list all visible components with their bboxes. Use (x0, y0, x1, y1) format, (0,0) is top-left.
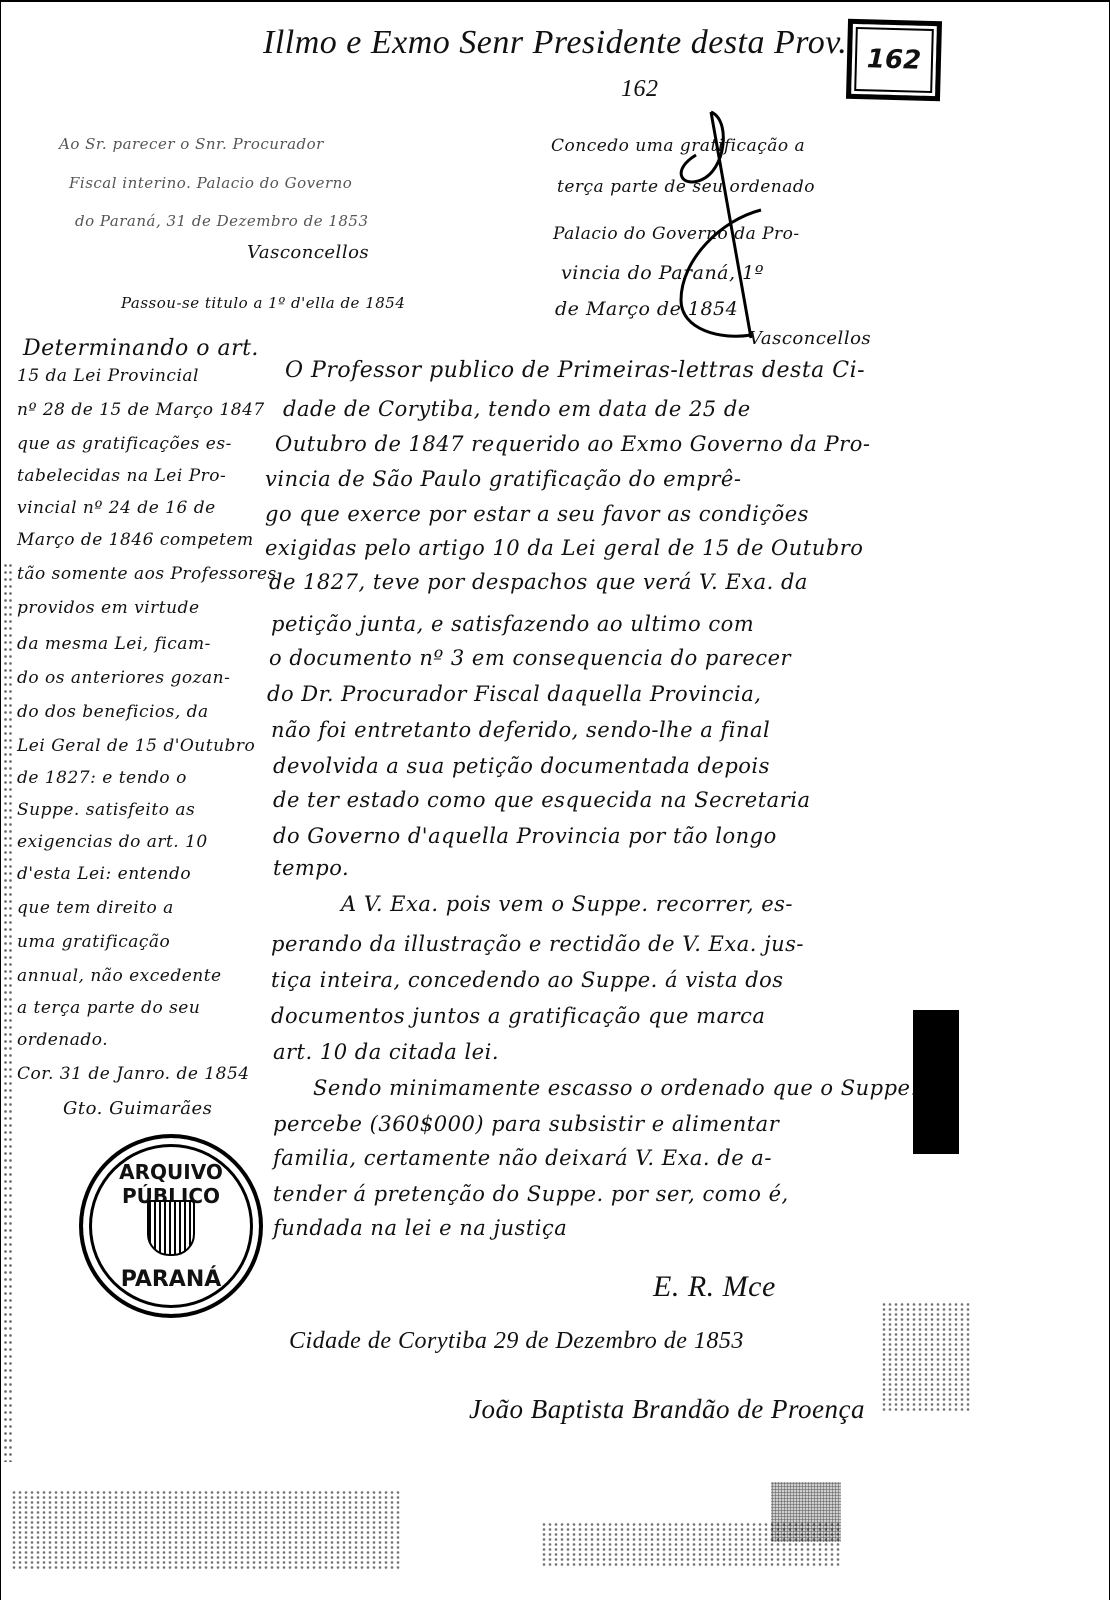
closing-formula: E. R. Mce (653, 1270, 776, 1304)
petition-line: percebe (360$000) para subsistir e alime… (273, 1112, 779, 1136)
dispatch-line: terça parte de seu ordenado (557, 177, 815, 197)
paper-damage (771, 1482, 841, 1542)
dispatch-line: Ao Sr. parecer o Snr. Procurador (59, 135, 324, 153)
opinion-line: a terça parte do seu (17, 998, 200, 1018)
dispatch-signature: Vasconcellos (749, 328, 871, 349)
opinion-line: uma gratificação (17, 932, 170, 952)
opinion-line: que as gratificações es- (17, 434, 232, 454)
opinion-line: Lei Geral de 15 d'Outubro (17, 736, 255, 756)
document-page: Illmo e Exmo Senr Presidente desta Prov.… (0, 0, 1110, 1600)
petition-line: familia, certamente não deixará V. Exa. … (273, 1146, 772, 1170)
page-edge-wear (3, 562, 13, 1462)
petition-line: exigidas pelo artigo 10 da Lei geral de … (265, 536, 863, 560)
opinion-line: nº 28 de 15 de Março 1847 (17, 400, 265, 420)
petition-line: vincia de São Paulo gratificação do empr… (265, 467, 741, 491)
opinion-line: exigencias do art. 10 (17, 832, 208, 852)
petition-line: A V. Exa. pois vem o Suppe. recorrer, es… (341, 892, 793, 916)
petitioner-signature: João Baptista Brandão de Proença (469, 1394, 865, 1425)
archive-seal: ARQUIVO PÚBLICO PARANÁ (79, 1134, 263, 1318)
dispatch-line: de Março de 1854 (555, 298, 738, 320)
petition-line: Outubro de 1847 requerido ao Exmo Govern… (275, 432, 870, 456)
dispatch-line: Fiscal interino. Palacio do Governo (69, 174, 352, 192)
petition-line: de ter estado como que esquecida na Secr… (273, 788, 810, 812)
petition-line: o documento nº 3 em consequencia do pare… (269, 646, 791, 670)
opinion-date: Cor. 31 de Janro. de 1854 (17, 1064, 250, 1084)
petition-line: tiça inteira, concedendo ao Suppe. á vis… (271, 968, 784, 992)
folio-number: 162 (621, 76, 659, 103)
opinion-line: Suppe. satisfeito as (17, 800, 195, 820)
petition-line: O Professor publico de Primeiras-lettras… (285, 358, 865, 383)
petition-line: do Governo d'aquella Provincia por tão l… (273, 824, 777, 848)
petition-line: art. 10 da citada lei. (273, 1040, 499, 1064)
petition-line: perando da illustração e rectidão de V. … (271, 932, 804, 956)
petition-line: devolvida a sua petição documentada depo… (273, 754, 770, 778)
dispatch-line: Concedo uma gratificação a (551, 136, 805, 156)
opinion-line: providos em virtude (17, 598, 200, 618)
opinion-line: 15 da Lei Provincial (17, 366, 199, 386)
petition-line: Sendo minimamente escasso o ordenado que… (313, 1076, 918, 1100)
archive-number-stamp: 162 (846, 19, 942, 101)
petition-line: petição junta, e satisfazendo ao ultimo … (271, 612, 754, 636)
document-title: Illmo e Exmo Senr Presidente desta Prov. (263, 24, 847, 62)
opinion-line: annual, não excedente (17, 966, 222, 986)
opinion-line: tabelecidas na Lei Pro- (17, 466, 226, 486)
petition-line: de 1827, teve por despachos que verá V. … (269, 570, 808, 594)
opinion-line: de 1827: e tendo o (17, 768, 187, 788)
petition-line: fundada na lei e na justiça (273, 1216, 567, 1240)
opinion-line: Determinando o art. (23, 336, 259, 361)
petition-line: tender á pretenção do Suppe. por ser, co… (273, 1182, 789, 1206)
petition-line: tempo. (273, 856, 349, 880)
seal-bottom-text: PARANÁ (83, 1267, 259, 1292)
dispatch-line: do Paraná, 31 de Dezembro de 1853 (75, 212, 369, 230)
opinion-line: do os anteriores gozan- (17, 668, 230, 688)
paper-damage (11, 1490, 401, 1570)
petition-line: documentos juntos a gratificação que mar… (271, 1004, 765, 1028)
petition-line: do Dr. Procurador Fiscal daquella Provin… (267, 682, 761, 706)
opinion-line: da mesma Lei, ficam- (17, 634, 211, 654)
petition-line: não foi entretanto deferido, sendo-lhe a… (271, 718, 770, 742)
opinion-line: ordenado. (17, 1030, 108, 1050)
opinion-line: Março de 1846 competem (17, 530, 254, 550)
dispatch-line: Palacio do Governo da Pro- (553, 224, 800, 244)
opinion-line: do dos beneficios, da (17, 702, 209, 722)
title-note: Passou-se titulo a 1º d'ella de 1854 (121, 294, 405, 312)
dispatch-signature: Vasconcellos (247, 242, 369, 263)
opinion-signature: Gto. Guimarães (63, 1098, 212, 1119)
opinion-line: vincial nº 24 de 16 de (17, 498, 216, 518)
petition-line: go que exerce por estar a seu favor as c… (265, 502, 809, 526)
archive-number: 162 (866, 44, 921, 75)
opinion-line: que tem direito a (17, 898, 174, 918)
redaction-mark (913, 1010, 959, 1154)
coat-of-arms-icon (147, 1200, 195, 1256)
petition-line: dade de Corytiba, tendo em data de 25 de (283, 397, 751, 421)
opinion-line: tão somente aos Professores (17, 564, 277, 584)
dispatch-line: vincia do Paraná, 1º (561, 262, 764, 284)
date-line: Cidade de Corytiba 29 de Dezembro de 185… (289, 1328, 744, 1355)
paper-damage (881, 1302, 971, 1412)
opinion-line: d'esta Lei: entendo (17, 864, 191, 884)
